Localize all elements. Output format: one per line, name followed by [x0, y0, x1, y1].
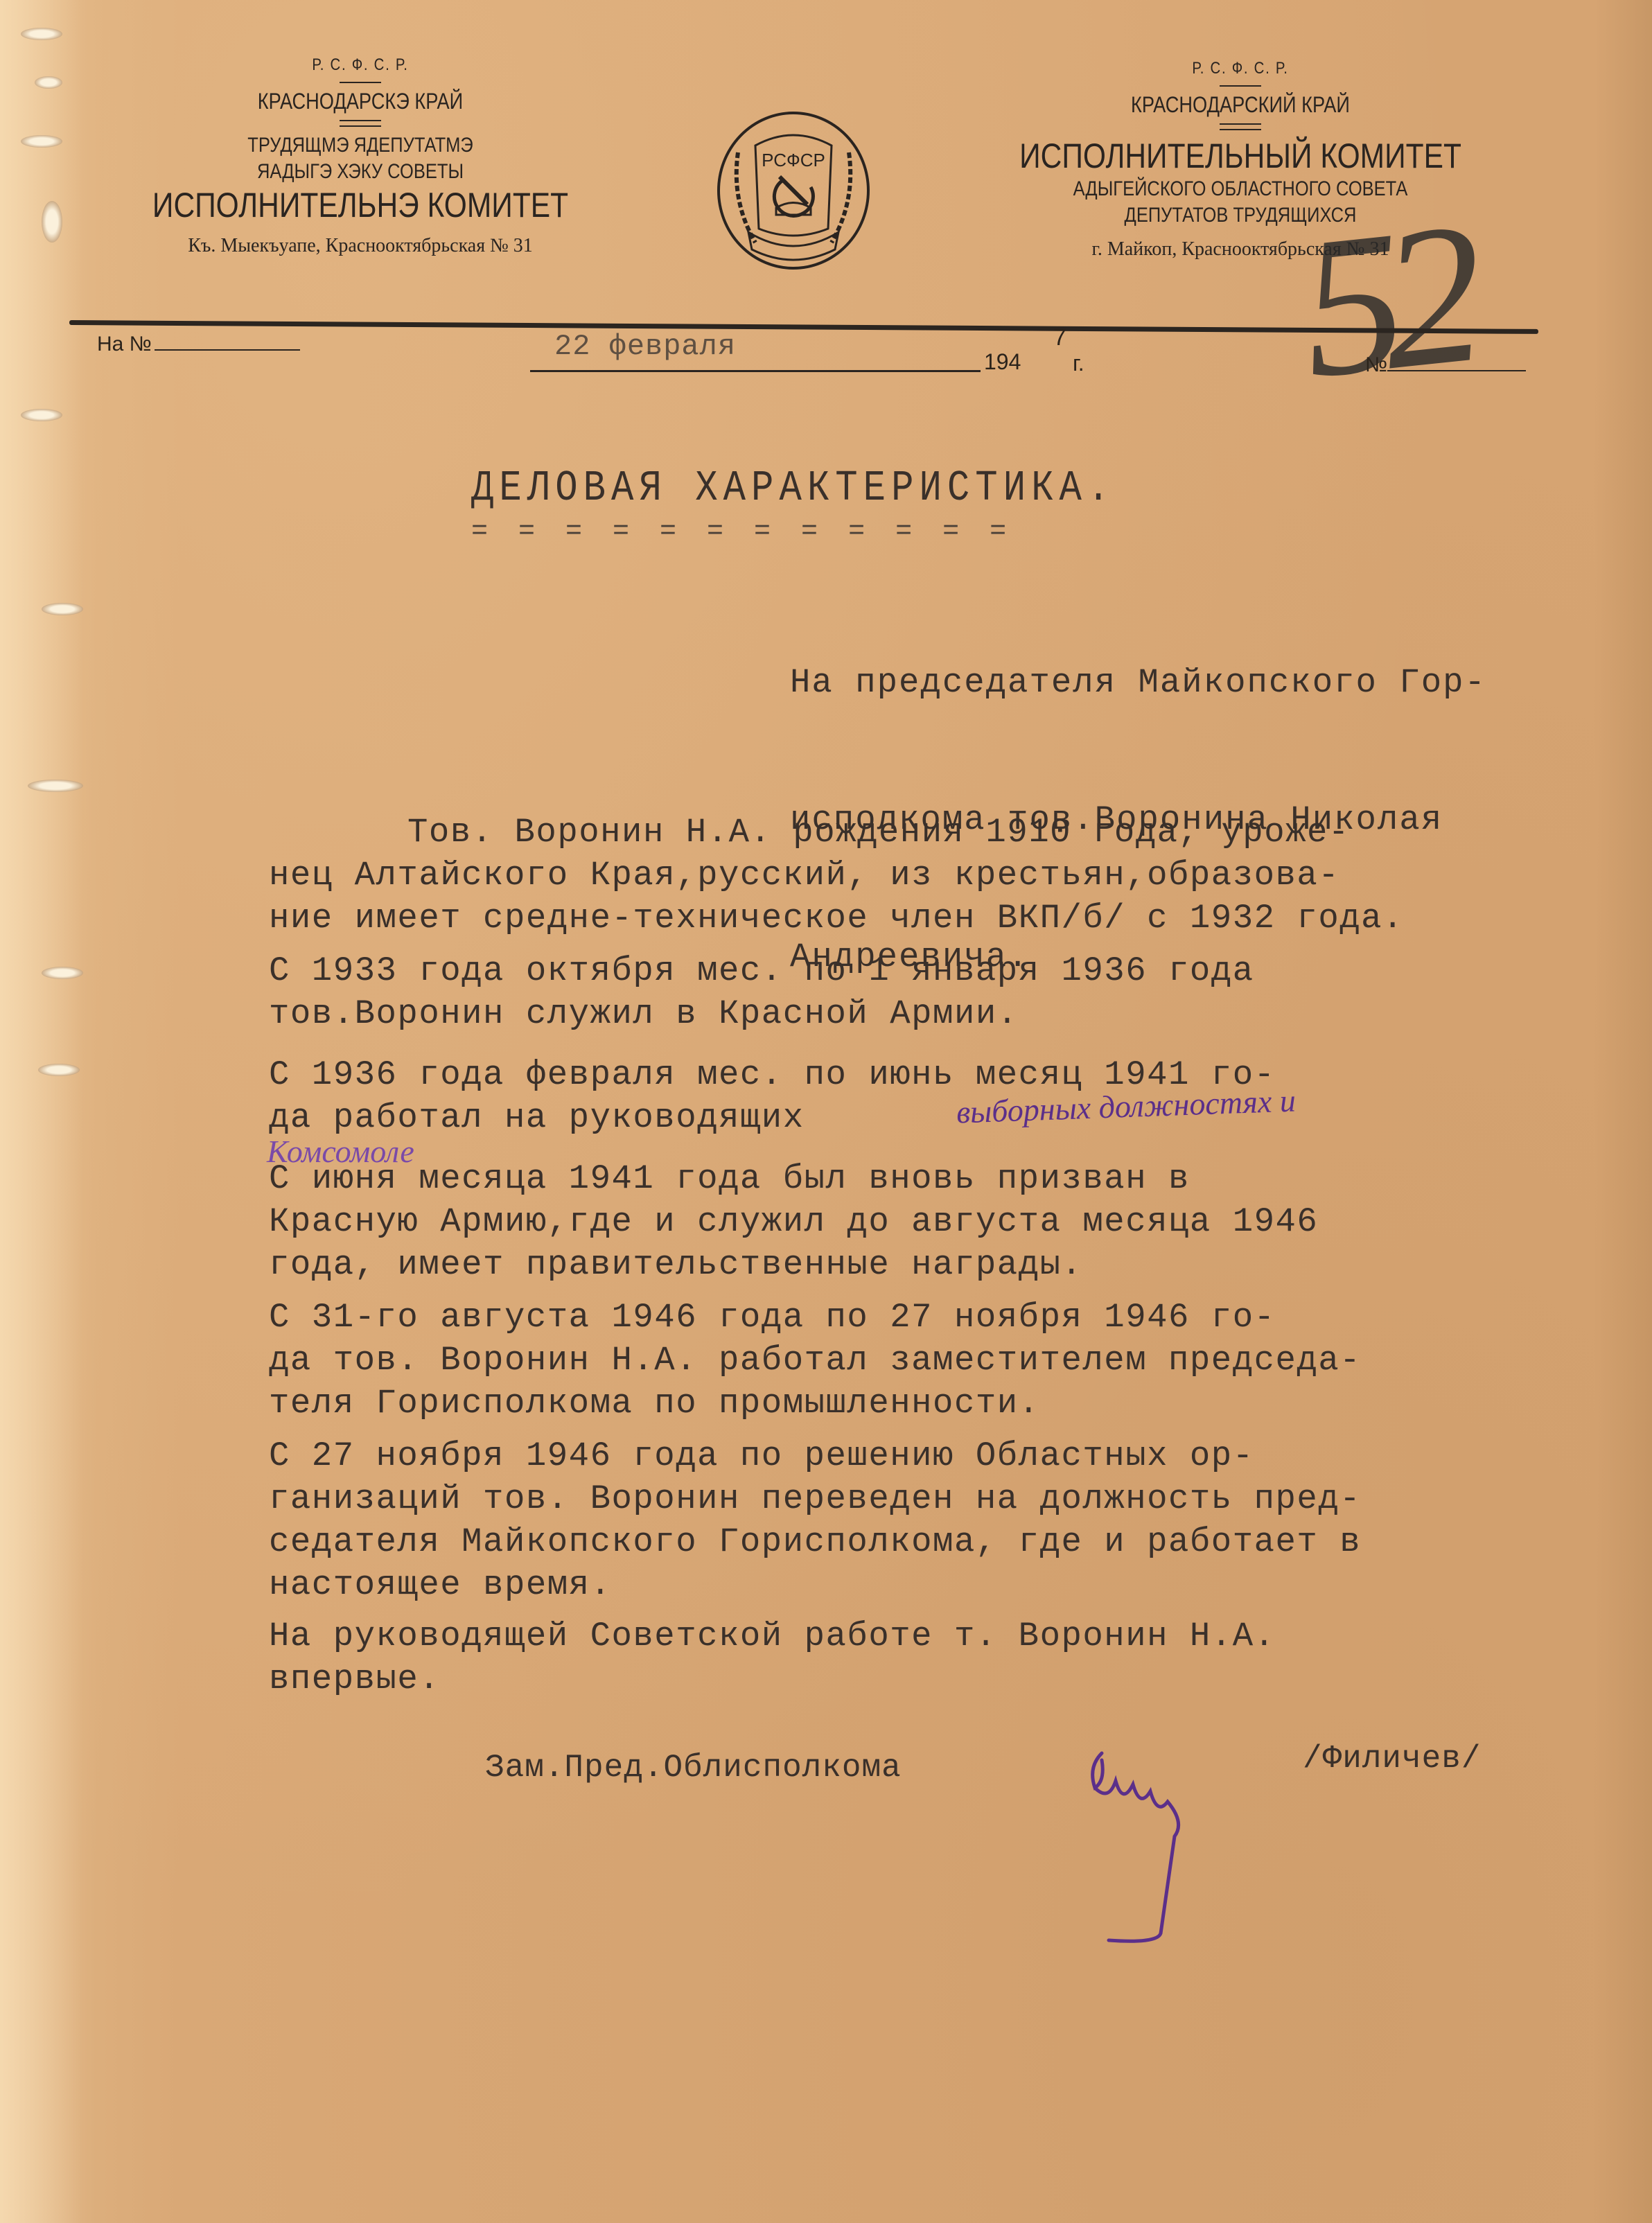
document-title: ДЕЛОВАЯ ХАРАКТЕРИСТИКА. [471, 464, 1115, 513]
date-year: 194 [984, 349, 1021, 375]
binding-hole [42, 967, 83, 979]
letterhead-soviet-line1: ТРУДЯЩМЭ ЯДЕПУТАТМЭ [119, 132, 602, 159]
signature-icon [1081, 1739, 1261, 1961]
letterhead-russian: Р. С. Ф. С. Р. КРАСНОДАРСКИЙ КРАЙ ИСПОЛН… [929, 59, 1552, 261]
letterhead-region: КРАСНОДАРСКИЙ КРАЙ [976, 92, 1506, 118]
binding-hole [42, 201, 62, 243]
reference-outgoing: № [1365, 353, 1526, 377]
reference-blank [155, 349, 300, 351]
binding-hole [35, 76, 62, 89]
letterhead-committee: ИСПОЛНИТЕЛЬНЫЙ КОМИТЕТ [976, 136, 1506, 176]
pencil-page-number: 52 [1292, 193, 1472, 410]
number-blank [1387, 370, 1526, 371]
date-typed: 22 февраля [554, 330, 736, 363]
paragraph-chairman: С 27 ноября 1946 года по решению Областн… [269, 1434, 1648, 1606]
letterhead-address: Къ. Мыекъуапе, Краснооктябрьская № 31 [76, 235, 644, 257]
letterhead-rsfsr: Р. С. Ф. С. Р. [976, 59, 1506, 78]
reference-label: На № [97, 333, 152, 355]
paper-left-edge [0, 0, 83, 2223]
divider [1220, 123, 1261, 130]
emblem-text: РСФСР [762, 150, 825, 170]
date-year-handwritten: 7 [1053, 324, 1066, 351]
paragraph-army-service-2: С июня месяца 1941 года был вновь призва… [269, 1157, 1648, 1286]
title-underline: = = = = = = = = = = = = [471, 516, 1013, 547]
number-label: № [1365, 353, 1387, 376]
letterhead-adyghe: Р. С. Ф. С. Р. КРАСНОДАРСКЭ КРАЙ ТРУДЯЩМ… [76, 55, 644, 257]
letterhead-rsfsr: Р. С. Ф. С. Р. [119, 55, 602, 75]
reference-incoming: На № [97, 333, 300, 356]
letterhead-region: КРАСНОДАРСКЭ КРАЙ [119, 89, 602, 114]
divider [340, 82, 381, 83]
letterhead-committee: ИСПОЛНИТЕЛЬНЭ КОМИТЕТ [119, 185, 602, 225]
paragraph-deputy-chair: С 31-го августа 1946 года по 27 ноября 1… [269, 1296, 1648, 1425]
paragraph-army-service-1: С 1933 года октября мес. по 1 января 193… [269, 949, 1648, 1035]
binding-hole [28, 780, 83, 792]
date-year-suffix: г. [1073, 351, 1084, 376]
binding-hole [38, 1064, 80, 1076]
letterhead-soviet-line2: ЯАДЫГЭ ХЭКУ СОВЕТЫ [119, 159, 602, 185]
rsfsr-emblem-icon: РСФСР [714, 111, 873, 270]
letterhead-address: г. Майкоп, Краснооктябрьская № 31 [929, 238, 1552, 261]
signatory-name: /Филичев/ [1303, 1741, 1481, 1777]
signatory-title: Зам.Пред.Облисполкома [485, 1750, 902, 1786]
paragraph-biography: Тов. Воронин Н.А. рождения 1910 года, ур… [269, 811, 1648, 940]
binding-hole [21, 135, 62, 148]
binding-hole [21, 409, 62, 421]
binding-hole [42, 603, 83, 615]
subject-line: На председателя Майкопского Гор- [790, 660, 1486, 705]
divider [1220, 85, 1261, 87]
divider [340, 120, 381, 127]
binding-hole [21, 28, 62, 40]
paragraph-first-time: На руководящей Советской работе т. Ворон… [269, 1615, 1648, 1701]
